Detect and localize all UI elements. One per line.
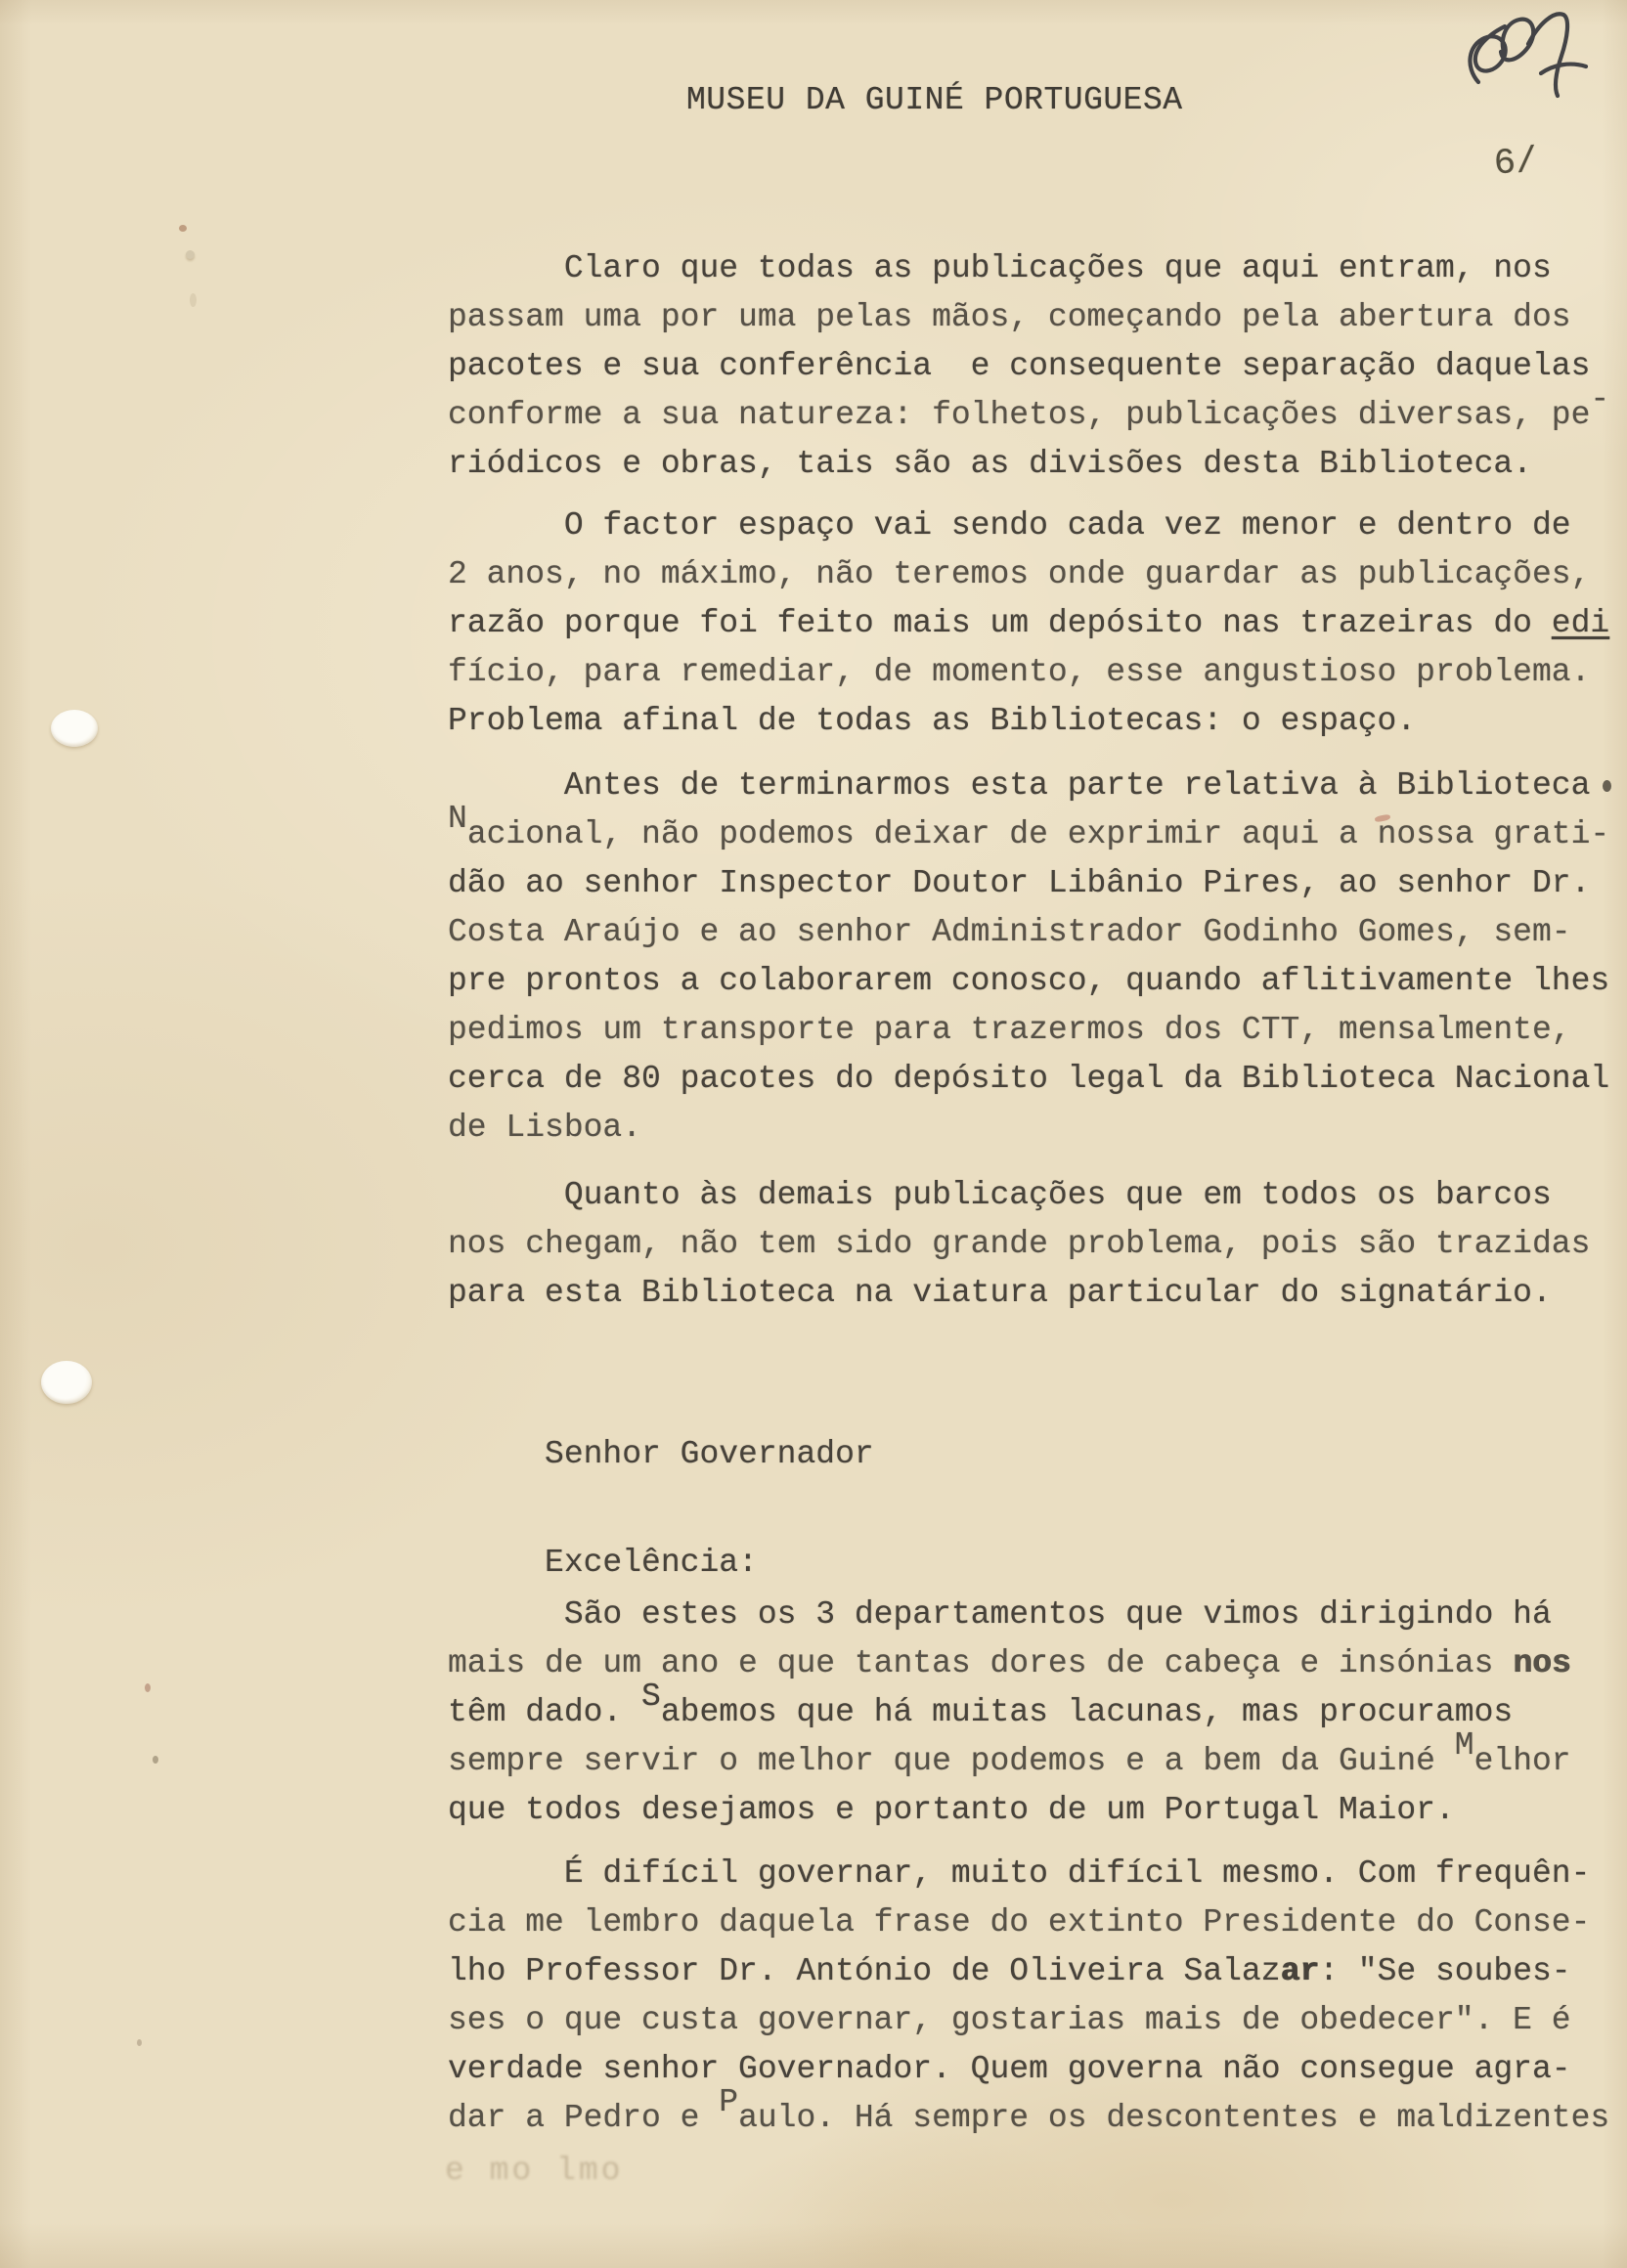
text-line: Costa Araújo e ao senhor Administrador G… [448, 908, 1609, 957]
text-line: riódicos e obras, tais são as divisões d… [448, 440, 1609, 489]
text-line: pre prontos a colaborarem conosco, quand… [448, 957, 1609, 1006]
paragraph-5: São estes os 3 departamentos que vimos d… [448, 1591, 1571, 1835]
text-line: nos chegam, não tem sido grande problema… [448, 1220, 1590, 1269]
text-line: São estes os 3 departamentos que vimos d… [448, 1591, 1571, 1639]
paper-blemish [186, 250, 195, 259]
text-line: mais de um ano e que tantas dores de cab… [448, 1639, 1571, 1688]
text-line: dão ao senhor Inspector Doutor Libânio P… [448, 859, 1609, 908]
paper-speck [137, 2039, 142, 2046]
text-line: verdade senhor Governador. Quem governa … [448, 2045, 1609, 2094]
text-line: dar a Pedro e Paulo. Há sempre os descon… [448, 2094, 1609, 2143]
text-line: pacotes e sua conferência e consequente … [448, 342, 1609, 391]
document-page: 6/ MUSEU DA GUINÉ PORTUGUESA Claro que t… [0, 0, 1627, 2268]
text-line: conforme a sua natureza: folhetos, publi… [448, 391, 1609, 440]
text-line: sempre servir o melhor que podemos e a b… [448, 1737, 1571, 1786]
text-line: ses o que custa governar, gostarias mais… [448, 1996, 1609, 2045]
text-line: Nacional, não podemos deixar de exprimir… [448, 810, 1609, 859]
text-line: Excelência: [448, 1539, 758, 1588]
handwritten-initials-mark [1459, 4, 1605, 113]
text-line: cia me lembro daquela frase do extinto P… [448, 1898, 1609, 1947]
text-line: É difícil governar, muito difícil mesmo.… [448, 1850, 1609, 1898]
text-line: têm dado. Sabemos que há muitas lacunas,… [448, 1688, 1571, 1737]
text-line: para esta Biblioteca na viatura particul… [448, 1269, 1590, 1318]
text-line: Problema afinal de todas as Bibliotecas:… [448, 697, 1609, 746]
paper-speck [145, 1683, 151, 1692]
salutation-excellency: Excelência: [448, 1539, 758, 1588]
ink-blot [1603, 780, 1611, 792]
paper-speck [179, 225, 187, 232]
faint-ink-impression: e mo lmo [445, 2153, 623, 2189]
salutation-governor: Senhor Governador [448, 1430, 874, 1479]
text-line: que todos desejamos e portanto de um Por… [448, 1786, 1571, 1835]
text-line: cerca de 80 pacotes do depósito legal da… [448, 1055, 1609, 1104]
paragraph-2: O factor espaço vai sendo cada vez menor… [448, 502, 1609, 746]
text-line: lho Professor Dr. António de Oliveira Sa… [448, 1947, 1609, 1996]
text-line: O factor espaço vai sendo cada vez menor… [448, 502, 1609, 550]
paper-speck [153, 1756, 158, 1764]
text-line: Claro que todas as publicações que aqui … [448, 244, 1609, 293]
text-line: pedimos um transporte para trazermos dos… [448, 1006, 1609, 1055]
paragraph-4: Quanto às demais publicações que em todo… [448, 1171, 1590, 1318]
paragraph-6: É difícil governar, muito difícil mesmo.… [448, 1850, 1609, 2143]
text-line: fício, para remediar, de momento, esse a… [448, 648, 1609, 697]
paragraph-1: Claro que todas as publicações que aqui … [448, 244, 1609, 489]
paragraph-3: Antes de terminarmos esta parte relativa… [448, 762, 1609, 1153]
page-number: 6/ [1493, 142, 1539, 186]
document-title: MUSEU DA GUINÉ PORTUGUESA [686, 79, 1183, 122]
text-line: de Lisboa. [448, 1104, 1609, 1153]
text-line: Senhor Governador [448, 1430, 874, 1479]
punch-hole-top [51, 710, 98, 747]
punch-hole-bottom [41, 1361, 92, 1404]
text-line: razão porque foi feito mais um depósito … [448, 599, 1609, 648]
paper-blemish [190, 293, 197, 307]
text-line: passam uma por uma pelas mãos, começando… [448, 293, 1609, 342]
text-line: 2 anos, no máximo, não teremos onde guar… [448, 550, 1609, 599]
text-line: Quanto às demais publicações que em todo… [448, 1171, 1590, 1220]
text-line: Antes de terminarmos esta parte relativa… [448, 762, 1609, 810]
